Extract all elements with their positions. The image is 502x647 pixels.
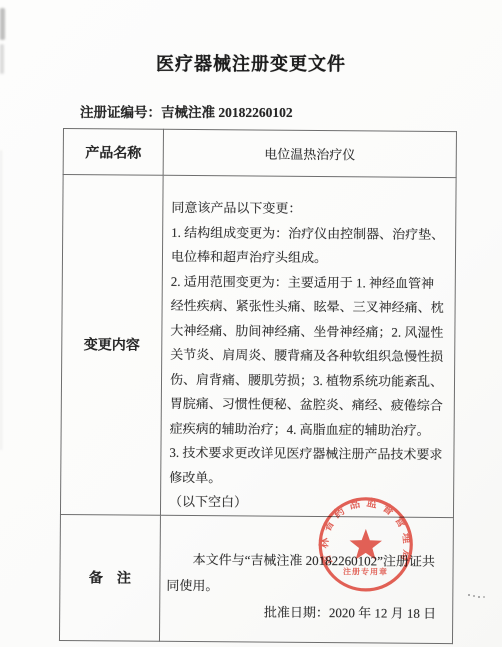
star-icon	[349, 529, 382, 560]
scanned-content: 产品名称 电位温热治疗仪 变更内容 同意该产品以下变更： 1. 结构组成变更为：…	[0, 0, 502, 647]
approval-date: 批准日期：2020 年 12 月 18 日	[166, 598, 436, 626]
seal-bottom-text: 注册专用章	[343, 566, 388, 576]
document-page: 医疗器械注册变更文件 注册证编号：吉械注准 20182260102 产品名称 电…	[0, 0, 502, 647]
change-paragraph: 2. 适用范围变更为：主要适用于 1. 神经血管神经性疾病、紧张性头痛、眩晕、三…	[170, 269, 447, 443]
product-name-value: 电位温热治疗仪	[163, 129, 456, 177]
product-name-row: 产品名称 电位温热治疗仪	[63, 129, 456, 178]
change-paragraph: 1. 结构组成变更为：治疗仪由控制器、治疗垫、电位棒和超声治疗头组成。	[171, 220, 447, 271]
official-seal: 吉林省药品监督管理局 注册专用章	[315, 494, 416, 595]
remark-label: 备 注	[59, 514, 160, 641]
product-name-label: 产品名称	[63, 129, 163, 176]
change-content-value: 同意该产品以下变更： 1. 结构组成变更为：治疗仪由控制器、治疗垫、电位棒和超声…	[160, 175, 456, 517]
change-paragraph: 同意该产品以下变更：	[171, 196, 447, 223]
change-paragraph: 3. 技术要求更改详见医疗器械注册产品技术要求修改单。	[169, 441, 445, 492]
change-content-label: 变更内容	[60, 175, 163, 515]
change-content-row: 变更内容 同意该产品以下变更： 1. 结构组成变更为：治疗仪由控制器、治疗垫、电…	[60, 175, 456, 518]
